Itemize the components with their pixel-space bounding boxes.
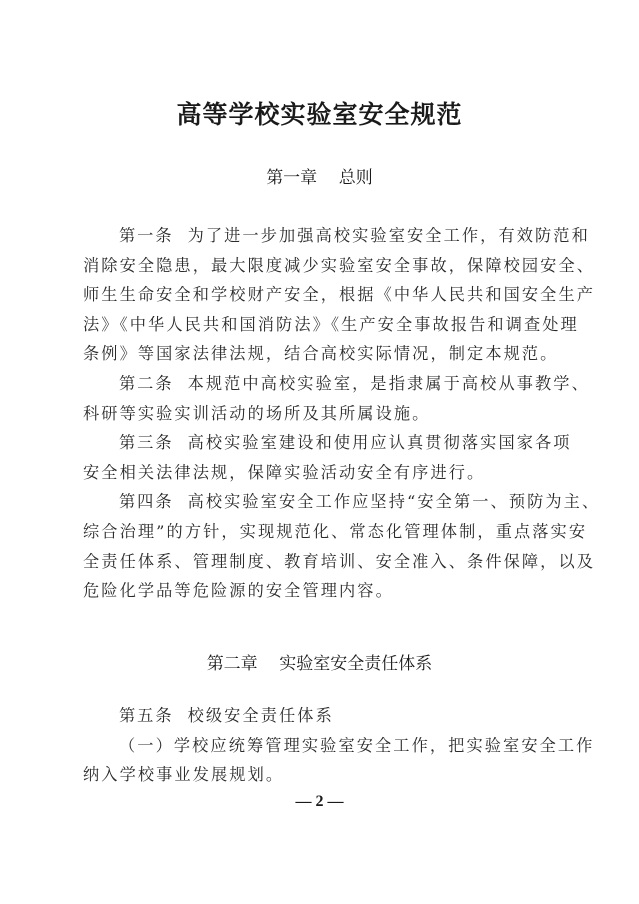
article-text: 本规范中高校实验室，是指隶属于高校从事教学、 — [188, 374, 590, 393]
article-first-line: 第五条校级安全责任体系 — [83, 701, 563, 731]
article-label: 第二条 — [119, 374, 174, 393]
article-text: 校级安全责任体系 — [188, 706, 334, 725]
article-2: 第二条本规范中高校实验室，是指隶属于高校从事教学、 科研等实验实训活动的场所及其… — [83, 369, 563, 428]
document-page: 高等学校实验室安全规范 第一章 总则 第一条为了进一步加强高校实验室安全工作，有… — [0, 0, 639, 904]
article-label: 第三条 — [119, 433, 174, 452]
article-text-line: 综合治理”的方针，实现规范化、常态化管理体制，重点落实安 — [83, 517, 563, 547]
article-first-line: 第二条本规范中高校实验室，是指隶属于高校从事教学、 — [83, 369, 563, 399]
article-first-line: 第一条为了进一步加强高校实验室安全工作，有效防范和 — [83, 221, 563, 251]
article-text-line: 全责任体系、管理制度、教育培训、安全准入、条件保障，以及 — [83, 547, 563, 577]
article-label: 第五条 — [119, 706, 174, 725]
article-first-line: 第三条高校实验室建设和使用应认真贯彻落实国家各项 — [83, 428, 563, 458]
chapter-1-body: 第一条为了进一步加强高校实验室安全工作，有效防范和 消除安全隐患，最大限度减少实… — [83, 221, 563, 606]
page-number: — 2 — — [0, 793, 639, 811]
article-4: 第四条高校实验室安全工作应坚持“安全第一、预防为主、 综合治理”的方针，实现规范… — [83, 487, 563, 605]
article-label: 第一条 — [119, 226, 174, 245]
article-text: 为了进一步加强高校实验室安全工作，有效防范和 — [188, 226, 590, 245]
article-text-line: 师生生命安全和学校财产安全，根据《中华人民共和国安全生产 — [83, 280, 563, 310]
article-first-line: 第四条高校实验室安全工作应坚持“安全第一、预防为主、 — [83, 487, 563, 517]
article-text-line: 法》《中华人民共和国消防法》《生产安全事故报告和调查处理 — [83, 310, 563, 340]
article-text-line: 条例》等国家法律法规，结合高校实际情况，制定本规范。 — [83, 339, 563, 369]
article-label: 第四条 — [119, 492, 174, 511]
chapter-2-body: 第五条校级安全责任体系 （一）学校应统筹管理实验室安全工作，把实验室安全工作 纳… — [83, 701, 563, 790]
article-5: 第五条校级安全责任体系 — [83, 701, 563, 731]
article-text-line: 安全相关法律法规，保障实验活动安全有序进行。 — [83, 458, 563, 488]
article-3: 第三条高校实验室建设和使用应认真贯彻落实国家各项 安全相关法律法规，保障实验活动… — [83, 428, 563, 487]
chapter-heading: 第二章 实验室安全责任体系 — [0, 649, 639, 674]
article-text-line: 科研等实验实训活动的场所及其所属设施。 — [83, 399, 563, 429]
article-text-line: 危险化学品等危险源的安全管理内容。 — [83, 576, 563, 606]
clause-text-line: 纳入学校事业发展规划。 — [83, 760, 563, 790]
chapter-heading: 第一章 总则 — [0, 163, 639, 188]
article-1: 第一条为了进一步加强高校实验室安全工作，有效防范和 消除安全隐患，最大限度减少实… — [83, 221, 563, 369]
article-text: 高校实验室建设和使用应认真贯彻落实国家各项 — [188, 433, 572, 452]
document-title: 高等学校实验室安全规范 — [0, 95, 639, 131]
clause-first-line: （一）学校应统筹管理实验室安全工作，把实验室安全工作 — [83, 731, 563, 761]
article-text-line: 消除安全隐患，最大限度减少实验室安全事故，保障校园安全、 — [83, 251, 563, 281]
article-text: 高校实验室安全工作应坚持“安全第一、预防为主、 — [188, 492, 601, 511]
clause-1: （一）学校应统筹管理实验室安全工作，把实验室安全工作 纳入学校事业发展规划。 — [83, 731, 563, 790]
